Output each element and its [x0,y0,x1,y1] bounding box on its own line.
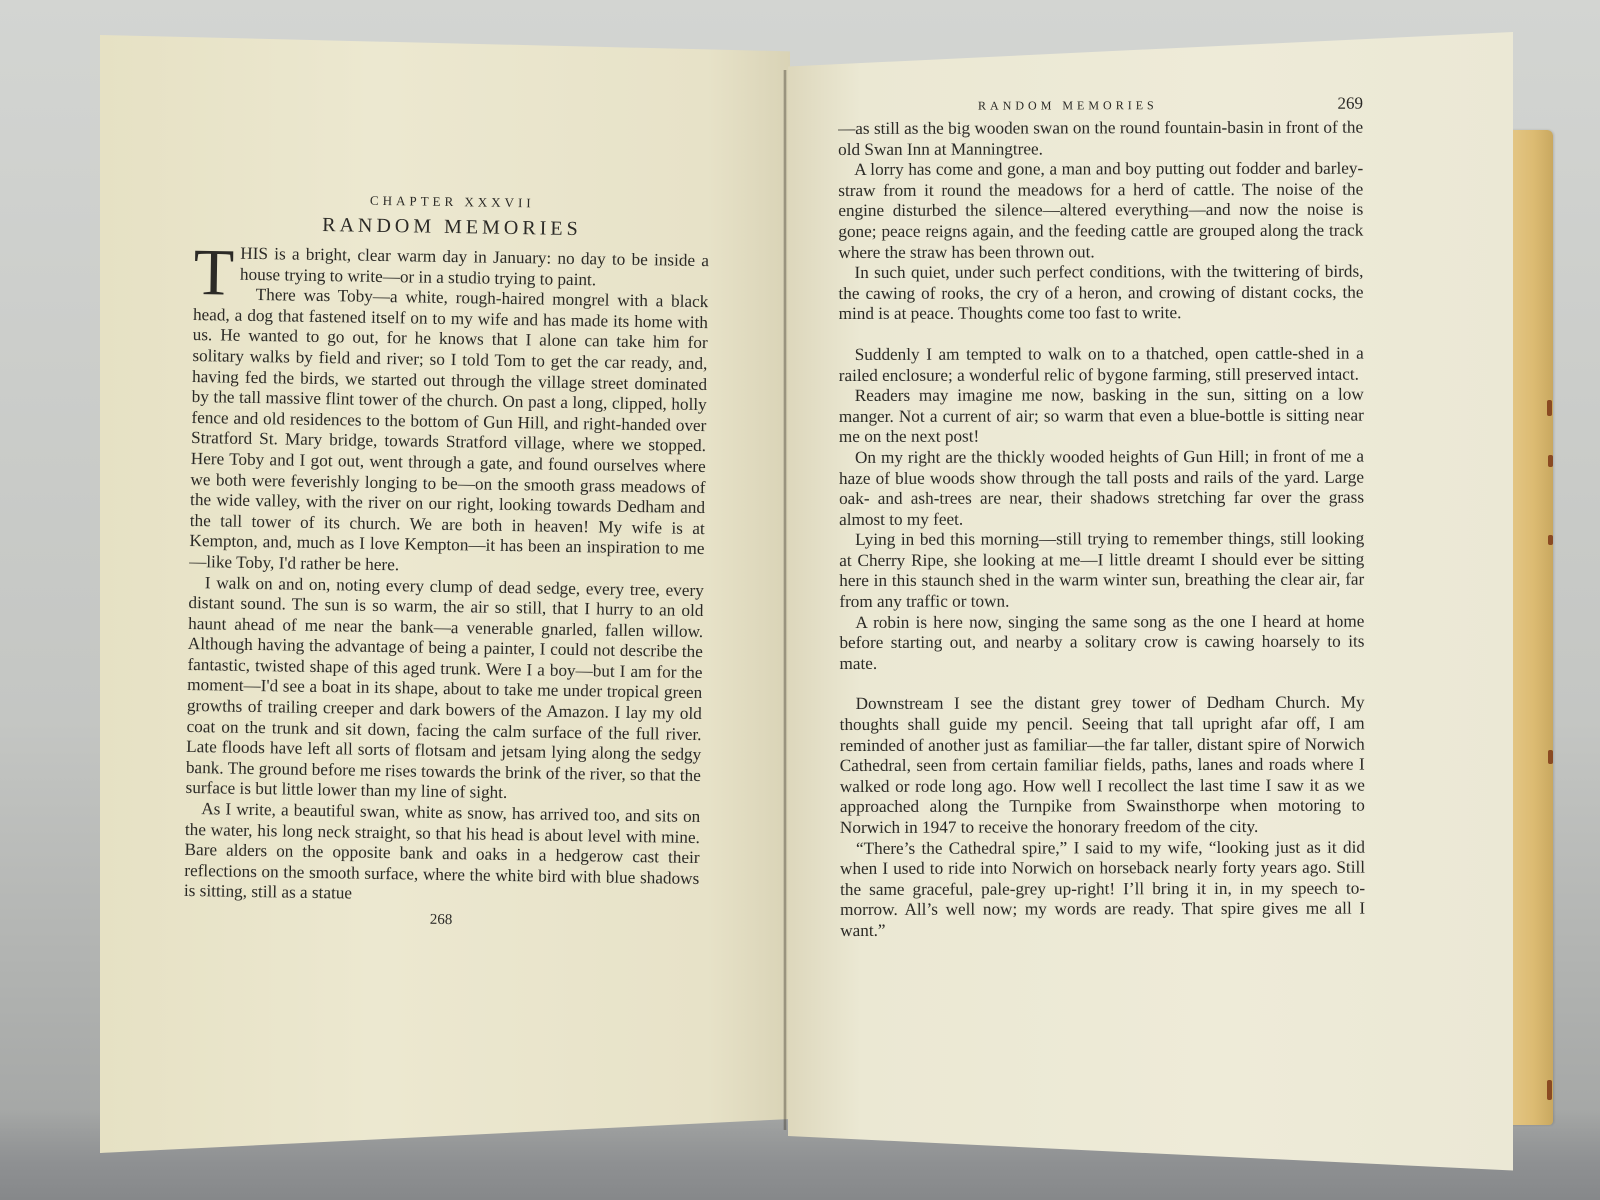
foxing-spot [1547,400,1552,416]
paragraph: As I write, a beautiful swan, white as s… [184,799,701,910]
foxing-spot [1548,750,1553,764]
drop-cap: T [193,245,234,300]
running-head: RANDOM MEMORIES 269 [838,94,1363,115]
page-number: 269 [1337,94,1363,114]
paragraph: T HIS is a bright, clear warm day in Jan… [194,243,710,292]
foxing-spot [1548,535,1553,545]
paragraph: A lorry has come and gone, a man and boy… [838,159,1363,263]
paragraph: In such quiet, under such perfect condit… [838,262,1363,325]
right-page-text: RANDOM MEMORIES 269 —as still as the big… [838,94,1365,942]
running-title: RANDOM MEMORIES [978,98,1158,113]
paragraph: There was Toby—a white, rough-haired mon… [189,284,708,580]
chapter-title: RANDOM MEMORIES [194,212,709,243]
left-page-text: CHAPTER XXXVII RANDOM MEMORIES T HIS is … [183,190,709,933]
book-gutter [783,70,787,1130]
paragraph: Suddenly I am tempted to walk on to a th… [839,344,1364,387]
paragraph: Lying in bed this morning—still trying t… [839,529,1364,613]
foxing-spot [1548,455,1553,467]
paragraph: A robin is here now, singing the same so… [839,611,1364,674]
paragraph: Downstream I see the distant grey tower … [840,693,1365,839]
paragraph: “There’s the Cathedral spire,” I said to… [840,837,1365,941]
foxing-spot [1547,1080,1552,1100]
paragraph-text: HIS is a bright, clear warm day in Janua… [240,244,709,289]
paragraph: —as still as the big wooden swan on the … [838,118,1363,161]
paragraph: On my right are the thickly wooded heigh… [839,447,1364,531]
paragraph: I walk on and on, noting every clump of … [185,572,703,807]
paragraph: Readers may imagine me now, basking in t… [839,385,1364,448]
